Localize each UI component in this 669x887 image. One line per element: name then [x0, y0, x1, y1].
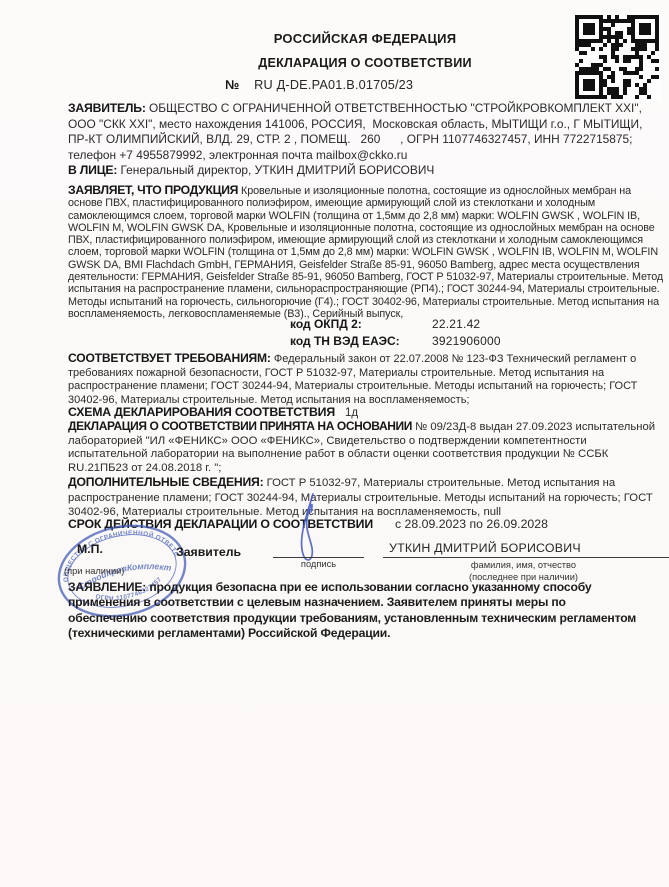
statement-section: ЗАЯВЛЕНИЕ: продукция безопасна при ее ис… [68, 580, 648, 641]
statement-label: ЗАЯВЛЕНИЕ: [68, 580, 146, 594]
basis-section: ДЕКЛАРАЦИЯ О СООТВЕТСТВИИ ПРИНЯТА НА ОСН… [68, 420, 662, 476]
stamp-place-note: (при наличии) [64, 566, 124, 576]
basis-label: ДЕКЛАРАЦИЯ О СООТВЕТСТВИИ ПРИНЯТА НА ОСН… [68, 419, 412, 433]
applicant-section: ЗАЯВИТЕЛЬ: ОБЩЕСТВО С ОГРАНИЧЕННОЙ ОТВЕТ… [68, 101, 662, 179]
product-section: ЗАЯВЛЯЕТ, ЧТО ПРОДУКЦИЯ Кровельные и изо… [68, 184, 665, 320]
declaration-number-line: №RU Д-DE.РА01.В.01705/23 [225, 78, 413, 92]
okpd-value: 22.21.42 [432, 317, 480, 331]
number-sign: № [225, 78, 239, 92]
stamp-place-label: М.П. [77, 542, 103, 556]
product-label: ЗАЯВЛЯЕТ, ЧТО ПРОДУКЦИЯ [68, 183, 238, 197]
applicant-paragraph: ЗАЯВИТЕЛЬ: ОБЩЕСТВО С ОГРАНИЧЕННОЙ ОТВЕТ… [68, 101, 662, 163]
scheme-label: СХЕМА ДЕКЛАРИРОВАНИЯ СООТВЕТСТВИЯ [68, 405, 335, 419]
statement-text: продукция безопасна при ее использовании… [68, 580, 636, 640]
declaration-document: РОССИЙСКАЯ ФЕДЕРАЦИЯ ДЕКЛАРАЦИЯ О СООТВЕ… [0, 0, 669, 887]
validity-value: с 28.09.2023 по 26.09.2028 [395, 517, 548, 531]
applicant-label: ЗАЯВИТЕЛЬ: [68, 101, 146, 115]
signature-underline [273, 542, 364, 558]
tnved-label: код ТН ВЭД ЕАЭС: [290, 334, 400, 348]
requirements-section: СООТВЕТСТВУЕТ ТРЕБОВАНИЯМ: Федеральный з… [68, 352, 662, 408]
applicant-text: ОБЩЕСТВО С ОГРАНИЧЕННОЙ ОТВЕТСТВЕННОСТЬЮ… [68, 101, 652, 162]
person-line: В ЛИЦЕ: Генеральный директор, УТКИН ДМИТ… [68, 163, 662, 179]
product-text: Кровельные и изоляционные полотна, состо… [68, 185, 663, 320]
declaration-number: RU Д-DE.РА01.В.01705/23 [254, 78, 413, 92]
country-title: РОССИЙСКАЯ ФЕДЕРАЦИЯ [68, 31, 662, 46]
scheme-value: 1д [345, 407, 358, 419]
signatory-role-label: Заявитель [176, 545, 241, 559]
tnved-value: 3921906000 [432, 334, 501, 348]
additional-label: ДОПОЛНИТЕЛЬНЫЕ СВЕДЕНИЯ: [68, 475, 263, 489]
name-caption-1: фамилия, имя, отчество [383, 560, 664, 570]
scheme-line: СХЕМА ДЕКЛАРИРОВАНИЯ СООТВЕТСТВИЯ1д [68, 405, 662, 419]
signatory-name: УТКИН ДМИТРИЙ БОРИСОВИЧ [383, 541, 669, 558]
person-label: В ЛИЦЕ: [68, 163, 117, 177]
person-text: Генеральный директор, УТКИН ДМИТРИЙ БОРИ… [121, 163, 435, 177]
signature-caption: подпись [273, 559, 364, 569]
okpd-label: код ОКПД 2: [290, 317, 362, 331]
requirements-label: СООТВЕТСТВУЕТ ТРЕБОВАНИЯМ: [68, 351, 271, 365]
document-title: ДЕКЛАРАЦИЯ О СООТВЕТСТВИИ [68, 56, 662, 70]
